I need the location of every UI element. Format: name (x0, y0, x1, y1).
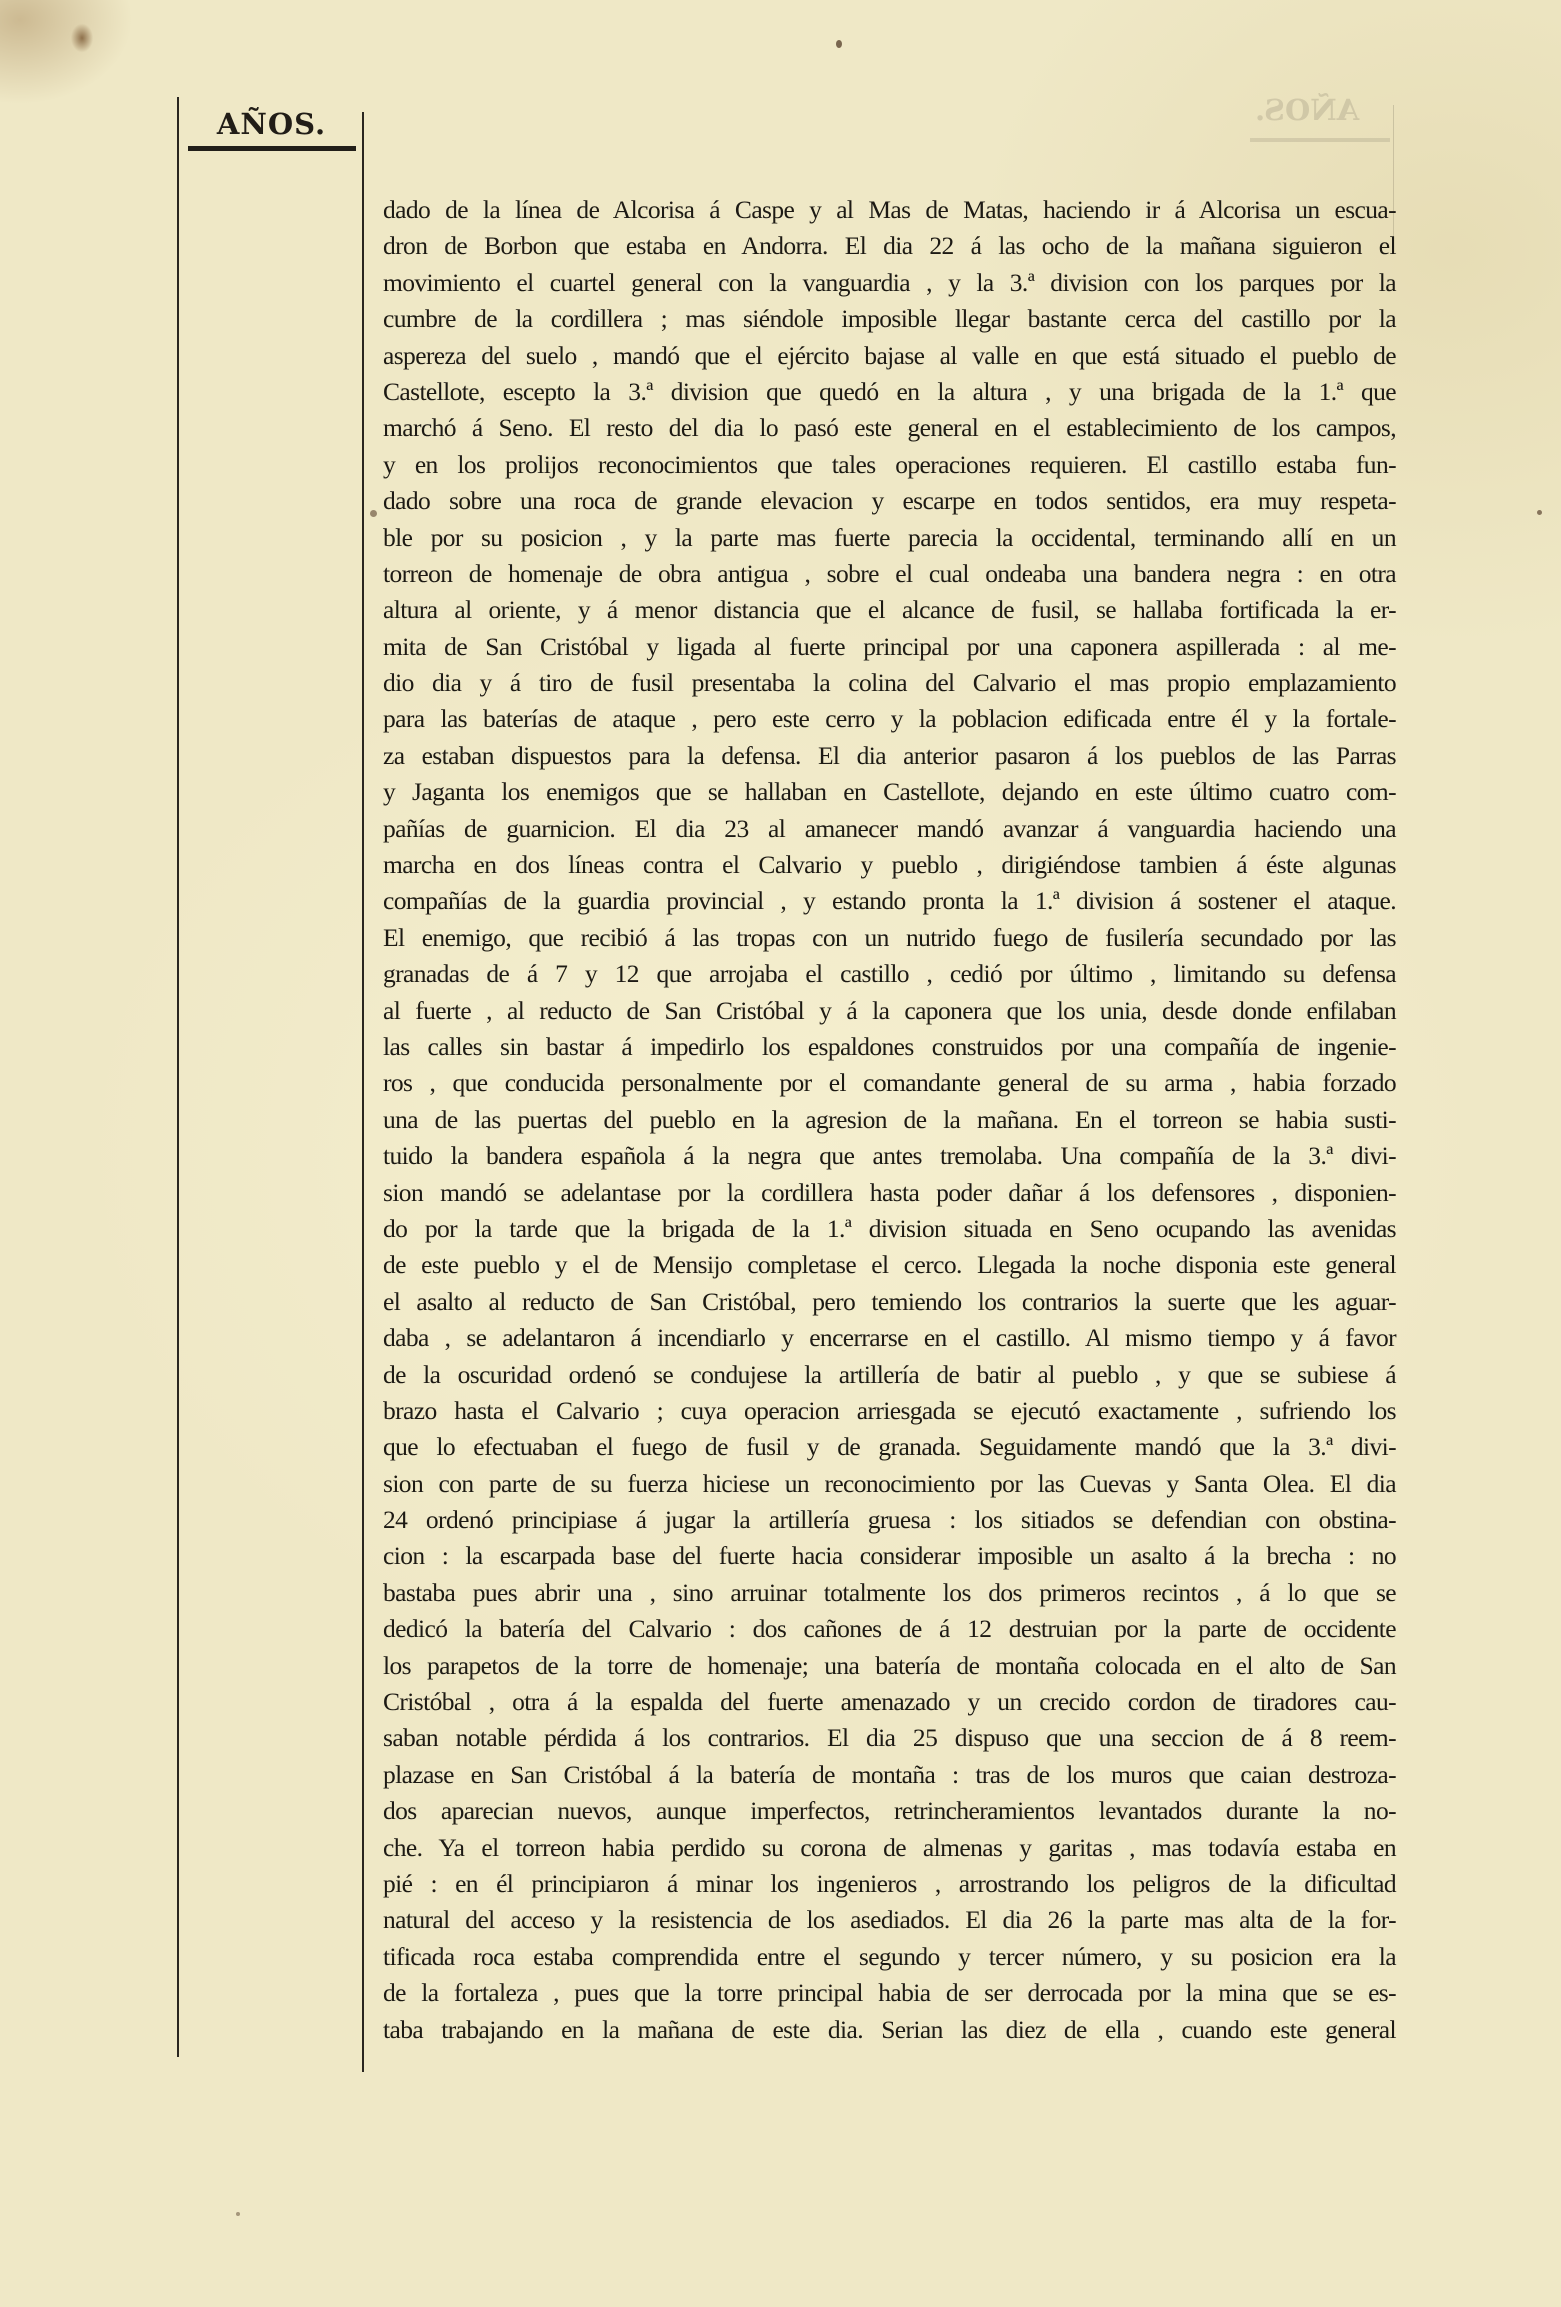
text-line: de la fortaleza , pues que la torre prin… (383, 1975, 1396, 2011)
text-line: ros , que conducida personalmente por el… (383, 1065, 1396, 1101)
paper-speck (236, 2212, 240, 2216)
text-line: de este pueblo y el de Mensijo completas… (383, 1247, 1396, 1283)
text-line: pié : en él principiaron á minar los ing… (383, 1866, 1396, 1902)
bleed-through-heading: AÑOS. (1255, 93, 1359, 127)
text-line: cion : la escarpada base del fuerte haci… (383, 1538, 1396, 1574)
text-line: granadas de á 7 y 12 que arrojaba el cas… (383, 956, 1396, 992)
text-line: plazase en San Cristóbal á la batería de… (383, 1757, 1396, 1793)
text-line: brazo hasta el Calvario ; cuya operacion… (383, 1393, 1396, 1429)
text-line: para las baterías de ataque , pero este … (383, 701, 1396, 737)
text-line: za estaban dispuestos para la defensa. E… (383, 738, 1396, 774)
text-line: y Jaganta los enemigos que se hallaban e… (383, 774, 1396, 810)
text-line: ble por su posicion , y la parte mas fue… (383, 520, 1396, 556)
body-text: dado de la línea de Alcorisa á Caspe y a… (383, 192, 1396, 2048)
text-line: el asalto al reducto de San Cristóbal, p… (383, 1284, 1396, 1320)
text-line: dado sobre una roca de grande elevacion … (383, 483, 1396, 519)
text-line: dron de Borbon que estaba en Andorra. El… (383, 228, 1396, 264)
column-divider-rule (362, 112, 364, 2072)
text-line: natural del acceso y la resistencia de l… (383, 1902, 1396, 1938)
text-line: bastaba pues abrir una , sino arruinar t… (383, 1575, 1396, 1611)
text-line: cumbre de la cordillera ; mas siéndole i… (383, 301, 1396, 337)
paper-speck (836, 40, 842, 48)
margin-heading-rule (188, 146, 356, 151)
bleed-through-rule (1250, 138, 1390, 142)
text-line: al fuerte , al reducto de San Cristóbal … (383, 993, 1396, 1029)
text-line: movimiento el cuartel general con la van… (383, 265, 1396, 301)
text-line: tificada roca estaba comprendida entre e… (383, 1939, 1396, 1975)
text-line: dio dia y á tiro de fusil presentaba la … (383, 665, 1396, 701)
text-line: marcha en dos líneas contra el Calvario … (383, 847, 1396, 883)
text-line: marchó á Seno. El resto del dia lo pasó … (383, 410, 1396, 446)
text-line: tuido la bandera española á la negra que… (383, 1138, 1396, 1174)
text-line: compañías de la guardia provincial , y e… (383, 883, 1396, 919)
text-line: y en los prolijos reconocimientos que ta… (383, 447, 1396, 483)
paper-speck (370, 510, 377, 517)
text-line: che. Ya el torreon habia perdido su coro… (383, 1830, 1396, 1866)
text-line: dos aparecian nuevos, aunque imperfectos… (383, 1793, 1396, 1829)
text-line: dado de la línea de Alcorisa á Caspe y a… (383, 192, 1396, 228)
margin-column: AÑOS. (177, 97, 364, 2057)
margin-heading: AÑOS. (179, 107, 364, 141)
text-line: una de las puertas del pueblo en la agre… (383, 1102, 1396, 1138)
text-line: saban notable pérdida á los contrarios. … (383, 1720, 1396, 1756)
text-line: torreon de homenaje de obra antigua , so… (383, 556, 1396, 592)
text-line: de la oscuridad ordenó se condujese la a… (383, 1357, 1396, 1393)
text-line: do por la tarde que la brigada de la 1.ª… (383, 1211, 1396, 1247)
text-line: taba trabajando en la mañana de este dia… (383, 2012, 1396, 2048)
text-line: Castellote, escepto la 3.ª division que … (383, 374, 1396, 410)
paper-speck (1537, 510, 1542, 515)
text-line: dedicó la batería del Calvario : dos cañ… (383, 1611, 1396, 1647)
text-line: pañías de guarnicion. El dia 23 al amane… (383, 811, 1396, 847)
text-line: altura al oriente, y á menor distancia q… (383, 592, 1396, 628)
text-line: aspereza del suelo , mandó que el ejérci… (383, 338, 1396, 374)
text-line: las calles sin bastar á impedirlo los es… (383, 1029, 1396, 1065)
text-line: 24 ordenó principiase á jugar la artille… (383, 1502, 1396, 1538)
text-line: daba , se adelantaron á incendiarlo y en… (383, 1320, 1396, 1356)
text-line: mita de San Cristóbal y ligada al fuerte… (383, 629, 1396, 665)
text-line: sion con parte de su fuerza hiciese un r… (383, 1466, 1396, 1502)
text-line: los parapetos de la torre de homenaje; u… (383, 1648, 1396, 1684)
text-line: sion mandó se adelantase por la cordille… (383, 1175, 1396, 1211)
text-line: Cristóbal , otra á la espalda del fuerte… (383, 1684, 1396, 1720)
text-line: El enemigo, que recibió á las tropas con… (383, 920, 1396, 956)
text-line: que lo efectuaban el fuego de fusil y de… (383, 1429, 1396, 1465)
